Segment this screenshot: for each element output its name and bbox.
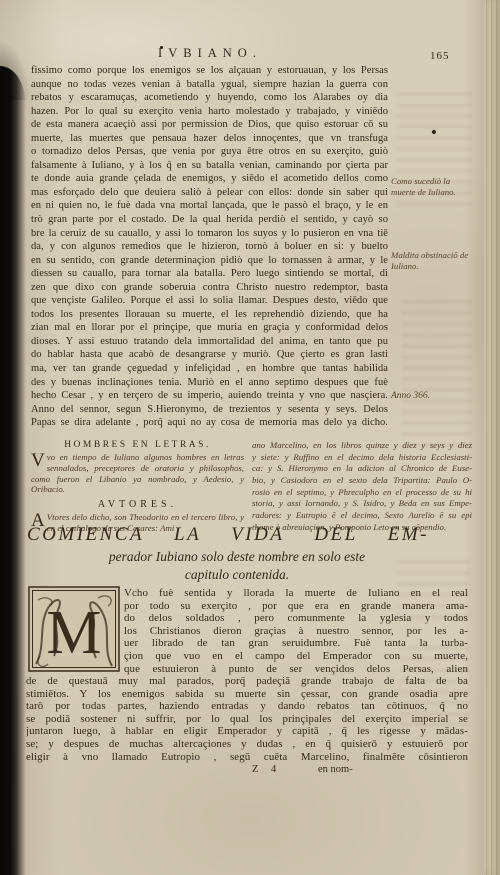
woodcut-initial-M: M [28,586,120,672]
running-title: IVBIANO. [30,46,390,61]
margin-note-obstinacy: Maldita obstinaciō de Iuliano. [391,250,471,271]
text-line: y siete: y Ruffino en el decimo dela his… [252,452,472,464]
text-line: hazen. Por lo qual su exerçito venia har… [31,105,388,119]
text-line: da, y con algunos remedios que le hizier… [31,240,388,254]
text-line: en su sentido, con grande determinaçion … [31,254,388,268]
page-stack-edge [484,0,500,875]
text-line: todos los presentes llorauan su muerte, … [31,308,388,322]
book-page-photo: IVBIANO. 165 fissimo como porque los ene… [0,0,500,875]
text-line: storia, y assi Iornando, y S. Isidro, y … [252,498,472,510]
text-line: Vcho fuè sentida y llorada la muerte de … [124,587,468,600]
text-line: falsamente à Iuliano, y à los q̄ en su b… [31,159,388,173]
text-line: tarō por todas partes, haziendo entradas… [26,700,468,713]
text-line: uer librado de tan gran seruidumbre. Fuè… [124,637,468,650]
scholars-paragraph: Vvo en tiempo de Iuliano algunos hombres… [31,452,244,495]
authors-column-right: ano Marcelino, en los libros quinze y di… [252,440,472,534]
scholars-text: vo en tiempo de Iuliano algunos hombres … [31,452,244,494]
text-line: que vençiste Galileo. Porque el assi lo … [31,294,388,308]
chapter-title-line2: perador Iubiano solo deste nombre en sol… [27,549,447,565]
text-line: stimiētos. Y los enemigos sabida su muer… [26,688,468,701]
text-line: hecho Cesar , y en terçero de su imperio… [31,389,388,403]
text-line: aunque no todas vezes venian à batalla y… [31,78,388,92]
text-line: se podiā sostener ni suffrir, por lo qua… [26,713,468,726]
quire-signature: Z 4 [252,764,276,775]
text-line: que estuuieron à punto de ser vençidos d… [124,663,468,676]
text-line: dioses. Y assi estuuo tratando dela immo… [31,335,388,349]
text-line: rosio en el septimo, y Phreculpho en el … [252,487,472,499]
text-line: juntaron luego, à hablar en eligir Emper… [26,725,468,738]
text-line: ma, ver tan grande çeguedad y infeliçida… [31,362,388,376]
text-line: Anno del sennor, segun S.Hieronymo, de t… [31,403,388,417]
authors-heading: AVTORES. [31,499,244,510]
scholars-column: HOMBRES EN LETRAS. Vvo en tiempo de Iuli… [31,440,244,534]
catchword: en nom- [318,764,353,775]
text-line: en ni quien no, le fuè dada vna mortal l… [31,199,388,213]
text-line: do hablar hasta que acabò de desangrarse… [31,348,388,362]
bleedthrough-texture [402,300,472,450]
text-line: des y buenas inclinaçiones tenia. Muriò … [31,376,388,390]
main-text-block: fissimo como porque los enemigos se los … [31,64,388,430]
chapter-text-indented: Vcho fuè sentida y llorada la muerte de … [124,587,468,675]
text-line: radores: y Eutropio ē el decimo, Sexto A… [252,510,472,522]
text-line: bio, y Casiodoro en el sexto dela Tripar… [252,475,472,487]
text-line: te donde auia grande çelada de enemigos,… [31,172,388,186]
book-gutter-shadow [0,66,26,875]
text-line: ca: y S. Hieronymo en la adicion al Chro… [252,463,472,475]
text-line: rebatos y escaramuças, acometiendo y huy… [31,91,388,105]
text-line: diessen su cauallo, para tornar ala bata… [31,267,388,281]
page-number: 165 [430,50,450,62]
svg-text:M: M [46,599,101,667]
text-line: bre la ceruiz de su cauallo, y assi lo t… [31,227,388,241]
chapter-title-line3: capitulo contenida. [27,567,447,583]
text-line: zian mal en llorar por el prinçipe, que … [31,321,388,335]
text-line: Papas se dira adelante , porq̄ aqui no a… [31,416,388,430]
text-line: por todo su exerçito , por que era en gr… [124,600,468,613]
chapter-text-fullwidth: de de questauā muy mal parados, porq̄ pa… [26,675,468,763]
text-line: se; y despues de muchas altercaçiones y … [26,738,468,751]
text-line: eligir à vno llamado Eutropio , segū cuē… [26,751,468,764]
text-line: de de questauā muy mal parados, porq̄ pa… [26,675,468,688]
margin-note-year: Anno 366. [391,391,471,402]
text-line: los Christianos dieron graçias à nuestro… [124,625,468,638]
text-line: o tornadizo delos Persas, que venia por … [31,145,388,159]
text-line: trò gran parte por el costado. De la qua… [31,213,388,227]
text-line: ano Marcelino, en los libros quinze y di… [252,440,472,452]
text-line: fissimo como porque los enemigos se los … [31,64,388,78]
margin-note-death-of-julian: Como sucediò la muerte de Iuliano. [391,176,471,197]
text-line: do delos soldados , pero comunmente la y… [124,612,468,625]
text-line: çion que vuo en el campo del Emperador c… [124,650,468,663]
text-line: de esta manera acaeçiò assi por permissi… [31,118,388,132]
text-line: zen que dixo con grande soberuia contra … [31,281,388,295]
initial-letter-V: V [31,452,47,469]
scholars-heading: HOMBRES EN LETRAS. [31,440,244,450]
text-line: muerte, las muertes que pensaua hazer de… [31,132,388,146]
text-line: mas esforçado delo que deuiera saliò à p… [31,186,388,200]
chapter-title-line1: COMIENCA LA VIDA DEL EM- [27,524,429,548]
